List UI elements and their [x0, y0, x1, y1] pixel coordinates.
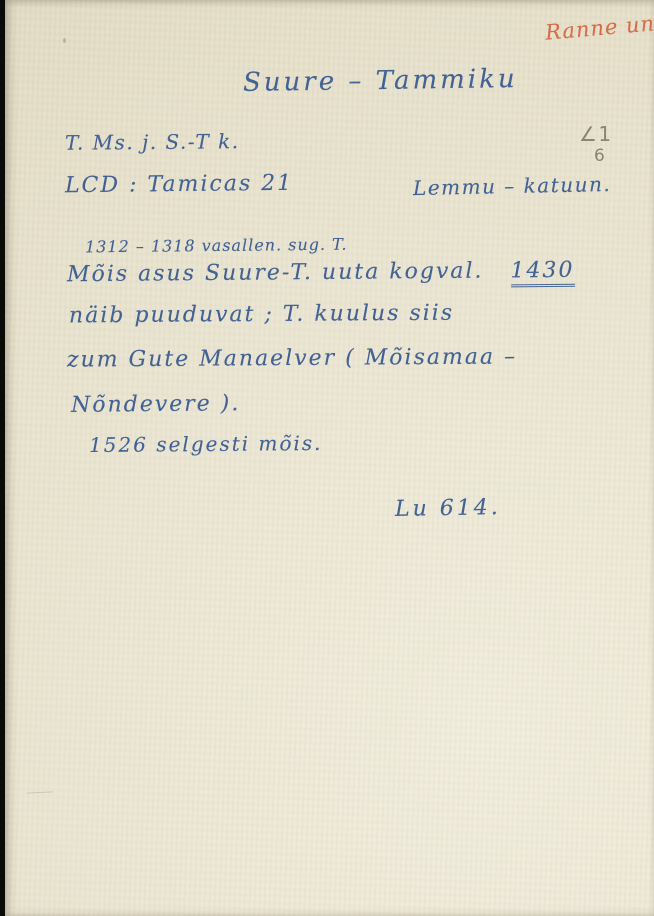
lcd-line-right: Lemmu – katuun.	[413, 172, 612, 200]
index-card: Ranne un Suure – Tammiku ∠1 6 T. Ms. j. …	[5, 0, 654, 916]
body-line-1-text: Mõis asus Suure-T. uuta kogval.	[67, 259, 484, 288]
card-title: Suure – Tammiku	[243, 64, 518, 98]
body-line-3: zum Gute Manaelver ( Mõisamaa –	[67, 344, 517, 372]
year-1430-underlined: 1430	[510, 258, 574, 288]
body-line-1: Mõis asus Suure-T. uuta kogval. 1430	[67, 258, 575, 287]
body-line-2: näib puuduvat ; T. kuulus siis	[69, 301, 454, 329]
pencil-mark-bottom: 6	[594, 146, 606, 166]
pencil-mark-top: ∠1	[579, 122, 613, 146]
body-line-4: Nõndevere ).	[71, 391, 241, 418]
red-pencil-note: Ranne un	[544, 11, 654, 44]
photo-background: Ranne un Suure – Tammiku ∠1 6 T. Ms. j. …	[0, 0, 654, 916]
reference-abbrev-line: T. Ms. j. S.-T k.	[65, 129, 240, 155]
source-reference: Lu 614.	[395, 495, 501, 522]
faint-pencil-scribble	[27, 791, 53, 801]
body-line-5: 1526 selgesti mõis.	[89, 431, 323, 457]
paper-speck	[190, 452, 192, 454]
dates-line: 1312 – 1318 vasallen. sug. T.	[85, 235, 348, 257]
paper-speck	[63, 38, 66, 43]
lcd-line: LCD : Tamicas 21	[65, 171, 293, 198]
